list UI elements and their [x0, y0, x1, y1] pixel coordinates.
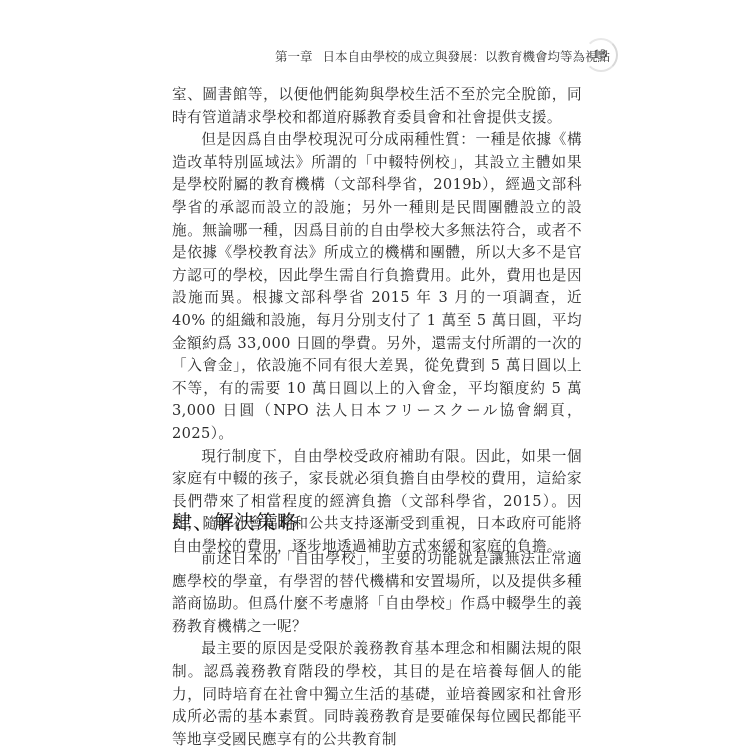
paragraph-government-subsidy: 現行制度下，自由學校受政府補助有限。因此，如果一個家庭有中輟的孩子，家長就必須負…	[172, 446, 582, 559]
body-text-after-heading: 前述日本的「自由學校」，主要的功能就是讓無法正常適應學校的學童，有學習的替代機構…	[172, 548, 582, 750]
header-chapter-label: 第一章	[275, 47, 313, 65]
page-number: 13	[588, 46, 612, 62]
header-chapter-title: 日本自由學校的成立與發展：以教育機會均等為視點	[322, 47, 610, 65]
page-number-badge: 13	[580, 38, 620, 78]
paragraph-continuation: 室、圖書館等，以便他們能夠與學校生活不至於完全脫節，同時有管道請求學校和都道府縣…	[172, 84, 582, 129]
running-header: 第一章 日本自由學校的成立與發展：以教育機會均等為視點	[310, 44, 610, 68]
body-text-before-heading: 室、圖書館等，以便他們能夠與學校生活不至於完全脫節，同時有管道請求學校和都道府縣…	[172, 84, 582, 558]
paragraph-compulsory-education-limits: 最主要的原因是受限於義務教育基本理念和相關法規的限制。認爲義務教育階段的學校，其…	[172, 638, 582, 750]
section-heading: 肆、解決策略	[172, 506, 298, 535]
paragraph-free-school-function: 前述日本的「自由學校」，主要的功能就是讓無法正常適應學校的學童，有學習的替代機構…	[172, 548, 582, 638]
paragraph-school-types-and-fees: 但是因爲自由學校現況可分成兩種性質：一種是依據《構造改革特別區域法》所謂的「中輟…	[172, 129, 582, 445]
